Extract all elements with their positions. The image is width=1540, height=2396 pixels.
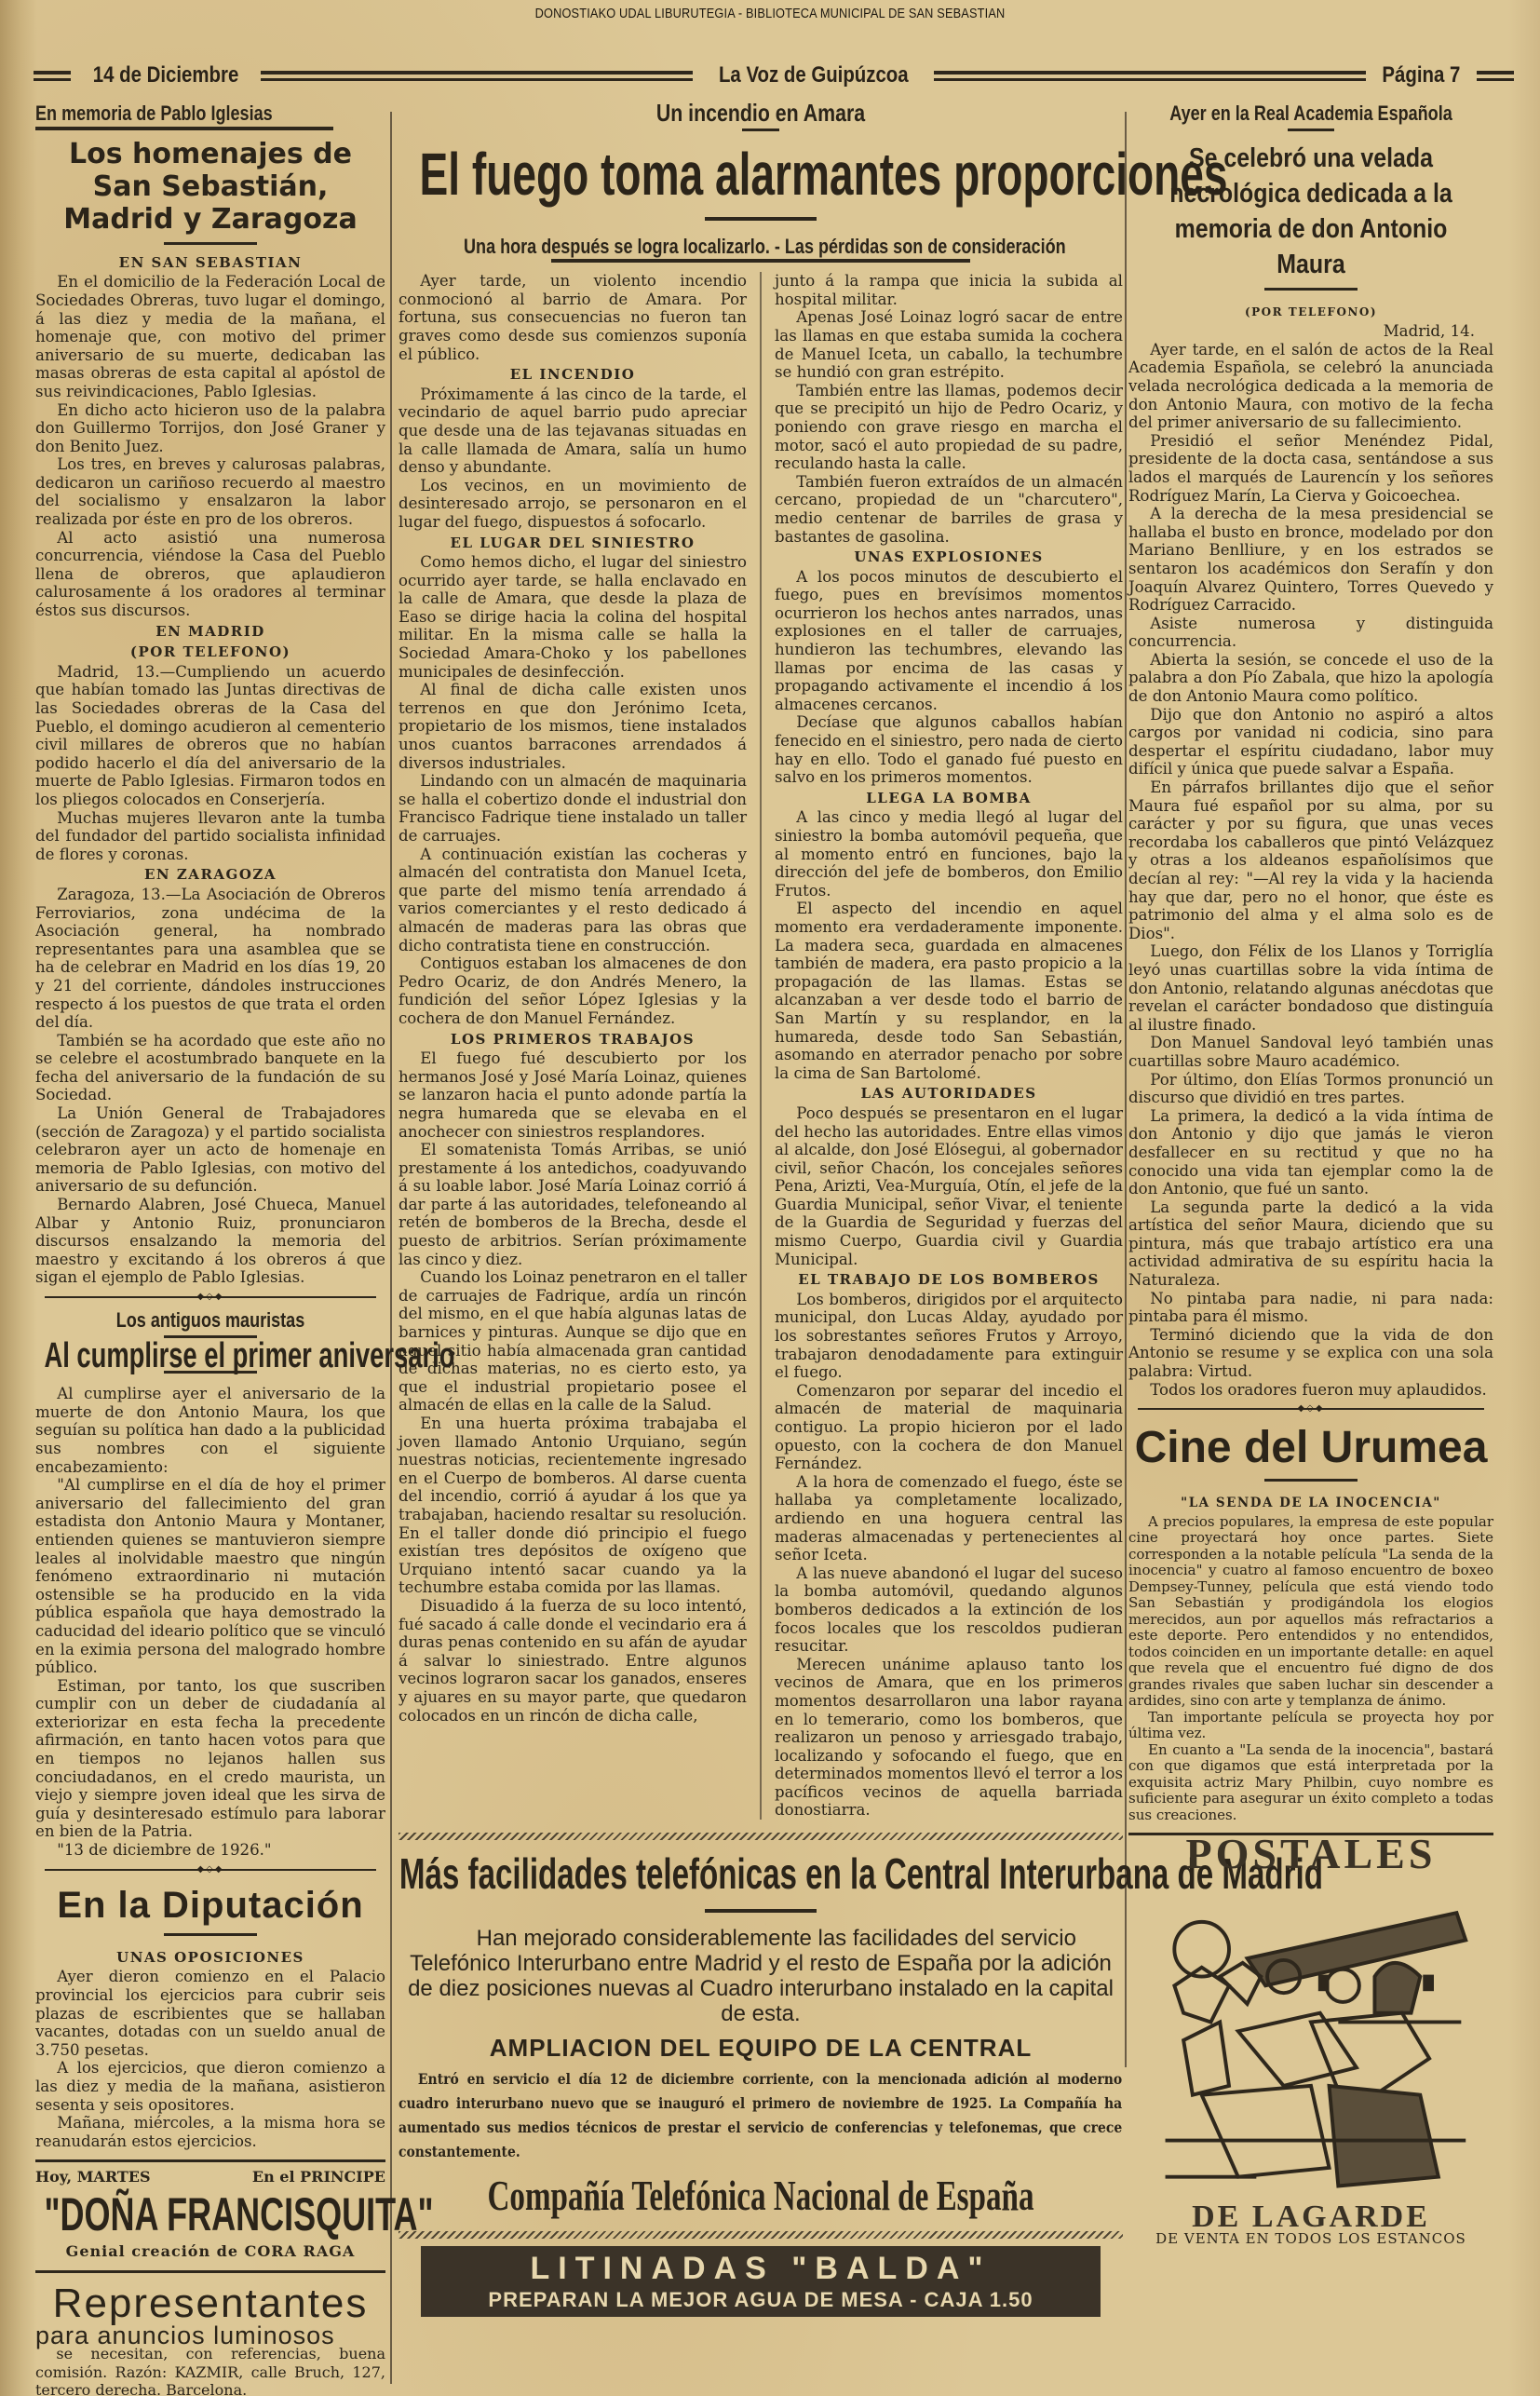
paragraph: Comenzaron por separar del incedio el al…: [775, 1382, 1123, 1473]
section-heading: EN SAN SEBASTIAN: [35, 254, 385, 273]
paragraph: Los bomberos, dirigidos por el arquitect…: [775, 1291, 1123, 1382]
article-maura: Ayer en la Real Academia Española Se cel…: [1128, 104, 1493, 1399]
paragraph: Merecen unánime aplauso tanto los vecino…: [775, 1656, 1123, 1820]
paragraph: No pintaba para nadie, ni para nada: pin…: [1128, 1290, 1493, 1326]
article-body: A precios populares, la empresa de este …: [1128, 1514, 1493, 1824]
ad-day: Hoy, MARTES: [35, 2168, 151, 2186]
ad-postales: POSTALES: [1128, 1845, 1493, 2248]
paragraph: Ayer tarde, un violento incendio conmoci…: [399, 272, 747, 363]
paragraph: A la hora de comenzado el fuego, éste se…: [775, 1473, 1123, 1564]
masthead-date: 14 de Diciembre: [93, 62, 238, 88]
paragraph: "13 de diciembre de 1926.": [35, 1841, 385, 1860]
paragraph: La Unión General de Trabajadores (secció…: [35, 1104, 385, 1196]
article-body: Al cumplirse ayer el aniversario de la m…: [35, 1385, 385, 1859]
paragraph: Apenas José Loinaz logró sacar de entre …: [775, 308, 1123, 381]
article-headline: Los homenajes de San Sebastián, Madrid y…: [35, 138, 385, 237]
paragraph: Lindando con un almacén de maquinaria se…: [399, 772, 747, 845]
paragraph: A los ejercicios, que dieron comienzo a …: [35, 2059, 385, 2114]
ad-title: Representantes: [35, 2281, 385, 2327]
section-heading: UNAS EXPLOSIONES: [775, 548, 1123, 567]
article-headline: Se celebró una velada necrológica dedica…: [1154, 141, 1467, 282]
article-kicker: En memoria de Pablo Iglesias: [35, 104, 322, 123]
paragraph: Poco después se presentaron en el lugar …: [775, 1104, 1123, 1268]
paragraph: En el domicilio de la Federación Local d…: [35, 273, 385, 400]
headline-rule: [705, 217, 817, 221]
article-incendio: Un incendio en Amara El fuego toma alarm…: [399, 104, 1123, 1820]
paragraph: En dicho acto hicieron uso de la palabra…: [35, 401, 385, 456]
article-cine: Cine del Urumea "LA SENDA DE LA INOCENCI…: [1128, 1423, 1493, 1823]
masthead-rule: [34, 71, 71, 81]
article-iglesias: En memoria de Pablo Iglesias Los homenaj…: [35, 104, 385, 1287]
paragraph: Bernardo Alabren, José Chueca, Manuel Al…: [35, 1196, 385, 1287]
ad-balda-title: LITINADAS "BALDA": [430, 2250, 1091, 2287]
paragraph: Todos los oradores fueron muy aplaudidos…: [1128, 1381, 1493, 1400]
paragraph: A continuación existían las cocheras y a…: [399, 846, 747, 955]
ad-header: Hoy, MARTES En el PRINCIPE: [35, 2168, 385, 2186]
paragraph: A la derecha de la mesa presidencial se …: [1128, 505, 1493, 615]
ornament-divider: [45, 1296, 376, 1302]
headline-rule: [164, 1933, 257, 1936]
postcard-illustration: [1147, 1873, 1475, 2208]
headline-rule: [1264, 288, 1358, 291]
paragraph: También fueron extraídos de un almacén c…: [775, 473, 1123, 546]
ornament-divider: [45, 1869, 376, 1875]
paragraph: Presidió el señor Menéndez Pidal, presid…: [1128, 432, 1493, 505]
paragraph: La primera, la dedicó a la vida íntima d…: [1128, 1107, 1493, 1198]
article-deck: Una hora después se logra localizarlo. -…: [464, 237, 1058, 256]
wavy-divider: [399, 1833, 1123, 1840]
paragraph: Don Manuel Sandoval leyó también unas cu…: [1128, 1034, 1493, 1070]
section-heading: LLEGA LA BOMBA: [775, 790, 1123, 808]
paragraph: Terminó diciendo que la vida de don Anto…: [1128, 1326, 1493, 1381]
ad-postales-artist: DE LAGARDE: [1128, 2208, 1493, 2227]
article-signature: Compañía Telefónica Nacional de España: [446, 2168, 1074, 2224]
ad-venue: En el PRINCIPE: [252, 2168, 385, 2186]
paragraph: Decíase que algunos caballos habían fene…: [775, 713, 1123, 786]
headline-rule: [705, 1909, 817, 1913]
paragraph: La segunda parte la dedicó a la vida art…: [1128, 1198, 1493, 1290]
article-lead: Han mejorado considerablemente las facil…: [408, 1926, 1114, 2026]
ad-body: se necesitan, con referencias, buena com…: [35, 2345, 385, 2396]
paragraph: junto á la rampa que inicia la subida al…: [775, 272, 1123, 308]
paragraph: Como hemos dicho, el lugar del siniestro…: [399, 553, 747, 681]
body-column-1: Ayer tarde, un violento incendio conmoci…: [399, 272, 747, 1820]
section-heading: EL INCENDIO: [399, 366, 747, 385]
left-column: En memoria de Pablo Iglesias Los homenaj…: [35, 104, 385, 2396]
paragraph: Ayer tarde, en el salón de actos de la R…: [1128, 341, 1493, 432]
article-mauristas: Los antiguos mauristas Al cumplirse el p…: [35, 1311, 385, 1860]
dateline: Madrid, 14.: [1128, 322, 1493, 341]
ad-subtitle: Genial creación de CORA RAGA: [35, 2242, 385, 2261]
paragraph: Muchas mujeres llevaron ante la tumba de…: [35, 809, 385, 864]
deck-rule: [551, 259, 970, 263]
illustration-figures-icon: [1147, 1873, 1475, 2208]
paragraph: Disuadido á la fuerza de su loco intentó…: [399, 1597, 747, 1725]
paragraph: Próximamente á las cinco de la tarde, el…: [399, 386, 747, 477]
kicker-rule: [1288, 129, 1334, 131]
masthead-newspaper: La Voz de Guipúzcoa: [719, 62, 909, 88]
paragraph: Tan importante película se proyecta hoy …: [1128, 1710, 1493, 1742]
article-diputacion: En la Diputación UNAS OPOSICIONES Ayer d…: [35, 1884, 385, 2151]
section-heading: UNAS OPOSICIONES: [35, 1949, 385, 1968]
library-banner: DONOSTIAKO UDAL LIBURUTEGIA - BIBLIOTECA…: [115, 6, 1425, 21]
kicker-rule: [742, 129, 779, 131]
section-heading: EN MADRID: [35, 623, 385, 642]
section-subheading: (POR TELEFONO): [1128, 304, 1493, 322]
article-headline: El fuego toma alarmantes proporciones: [420, 141, 1102, 208]
article-body: Ayer tarde, en el salón de actos de la R…: [1128, 341, 1493, 1399]
paragraph: En cuanto a "La senda de la inocencia", …: [1128, 1742, 1493, 1824]
section-heading: EN ZARAGOZA: [35, 866, 385, 885]
article-kicker: Ayer en la Real Academia Española: [1161, 104, 1460, 123]
paragraph: Estiman, por tanto, los que suscriben cu…: [35, 1677, 385, 1841]
article-kicker: Los antiguos mauristas: [67, 1311, 354, 1330]
ornament-divider: [1138, 1408, 1484, 1414]
paragraph: Zaragoza, 13.—La Asociación de Obreros F…: [35, 886, 385, 1032]
paragraph: A las nueve abandonó el lugar del suceso…: [775, 1564, 1123, 1656]
article-body: EN SAN SEBASTIANEn el domicilio de la Fe…: [35, 254, 385, 1287]
paragraph: En párrafos brillantes dijo que el señor…: [1128, 778, 1493, 942]
section-subheading: (POR TELEFONO): [35, 643, 385, 662]
ad-balda: LITINADAS "BALDA" PREPARAN LA MEJOR AGUA…: [421, 2246, 1101, 2317]
section-heading: LAS AUTORIDADES: [775, 1085, 1123, 1103]
paragraph: El somatenista Tomás Arribas, se unió pr…: [399, 1141, 747, 1268]
paragraph: Dijo que don Antonio no aspiró a altos c…: [1128, 706, 1493, 778]
paragraph: Mañana, miércoles, a la misma hora se re…: [35, 2114, 385, 2150]
paragraph: Los tres, en breves y calurosas palabras…: [35, 455, 385, 528]
divider: [35, 2159, 385, 2162]
section-heading: LOS PRIMEROS TRABAJOS: [399, 1031, 747, 1049]
headline-rule: [1264, 1479, 1358, 1482]
masthead-rule: [934, 71, 1366, 81]
article-subhead: AMPLIACION DEL EQUIPO DE LA CENTRAL: [399, 2039, 1123, 2058]
paragraph: En una huerta próxima trabajaba el joven…: [399, 1415, 747, 1597]
article-body: Ayer tarde, un violento incendio conmoci…: [399, 272, 1123, 1820]
paragraph: Los vecinos, en un movimiento de desinte…: [399, 477, 747, 532]
paragraph: Abierta la sesión, se concede el uso de …: [1128, 651, 1493, 706]
ad-balda-tagline: PREPARAN LA MEJOR AGUA DE MESA - CAJA 1.…: [430, 2287, 1091, 2313]
paragraph: Contiguos estaban los almacenes de don P…: [399, 954, 747, 1027]
paragraph: Madrid, 13.—Cumpliendo un acuerdo que ha…: [35, 663, 385, 809]
paragraph: A los pocos minutos de descubierto el fu…: [775, 568, 1123, 714]
middle-column: Un incendio en Amara El fuego toma alarm…: [399, 104, 1123, 2317]
article-body: Ayer dieron comienzo en el Palacio provi…: [35, 1968, 385, 2150]
ad-postales-footer: DE VENTA EN TODOS LOS ESTANCOS: [1128, 2230, 1493, 2249]
column-divider: [390, 112, 392, 2384]
paragraph: El aspecto del incendio en aquel momento…: [775, 900, 1123, 1082]
paragraph: Luego, don Félix de los Llanos y Torrigl…: [1128, 942, 1493, 1034]
masthead-page: Página 7: [1383, 62, 1461, 88]
paragraph: También entre las llamas, podemos decir …: [775, 382, 1123, 473]
right-column: Ayer en la Real Academia Española Se cel…: [1128, 104, 1493, 2248]
ad-subtitle: para anuncios luminosos: [35, 2327, 385, 2346]
column-divider: [1125, 112, 1127, 2067]
article-headline: Al cumplirse el primer aniversario: [44, 1347, 376, 1366]
paragraph: Asiste numerosa y distinguida concurrenc…: [1128, 615, 1493, 651]
column-divider: [760, 272, 762, 1820]
ad-representantes: Representantes para anuncios luminosos s…: [35, 2281, 385, 2396]
paragraph: Al cumplirse ayer el aniversario de la m…: [35, 1385, 385, 1476]
paragraph: "Al cumplirse en el día de hoy el primer…: [35, 1476, 385, 1677]
section-heading: "LA SENDA DE LA INOCENCIA": [1128, 1495, 1493, 1513]
paragraph: Por último, don Elías Tormos pronunció u…: [1128, 1071, 1493, 1107]
article-headline: Cine del Urumea: [1128, 1423, 1493, 1473]
article-headline: Más facilidades telefónicas en la Centra…: [399, 1848, 1122, 1900]
paragraph: Al acto asistió una numerosa concurrenci…: [35, 529, 385, 620]
wavy-divider: [399, 2231, 1123, 2239]
section-heading: EL LUGAR DEL SINIESTRO: [399, 535, 747, 553]
ad-dona-francisquita: Hoy, MARTES En el PRINCIPE "DOÑA FRANCIS…: [35, 2168, 385, 2260]
paragraph: A precios populares, la empresa de este …: [1128, 1514, 1493, 1710]
masthead: 14 de Diciembre La Voz de Guipúzcoa Pági…: [34, 61, 1514, 89]
headline-rule: [164, 242, 257, 245]
paragraph: A las cinco y media llegó al lugar del s…: [775, 808, 1123, 900]
article-telefonica: Más facilidades telefónicas en la Centra…: [399, 1848, 1123, 2224]
paragraph: Ayer dieron comienzo en el Palacio provi…: [35, 1968, 385, 2059]
paragraph: También se ha acordado que este año no s…: [35, 1032, 385, 1104]
ad-postales-title: POSTALES: [1128, 1845, 1493, 1863]
masthead-rule: [261, 71, 693, 81]
article-body-text: Entró en servicio el día 12 de diciembre…: [399, 2067, 1122, 2164]
masthead-rule: [1477, 71, 1514, 81]
paragraph: Cuando los Loinaz penetraron en el talle…: [399, 1268, 747, 1415]
article-kicker: Un incendio en Amara: [464, 104, 1058, 123]
kicker-rule: [35, 127, 333, 130]
body-column-2: junto á la rampa que inicia la subida al…: [775, 272, 1123, 1820]
ad-title: "DOÑA FRANCISQUITA": [44, 2186, 376, 2242]
paragraph: El fuego fué descubierto por los hermano…: [399, 1049, 747, 1141]
divider: [35, 2270, 385, 2273]
paragraph: Al final de dicha calle existen unos ter…: [399, 681, 747, 772]
section-heading: EL TRABAJO DE LOS BOMBEROS: [775, 1271, 1123, 1290]
article-headline: En la Diputación: [35, 1884, 385, 1928]
